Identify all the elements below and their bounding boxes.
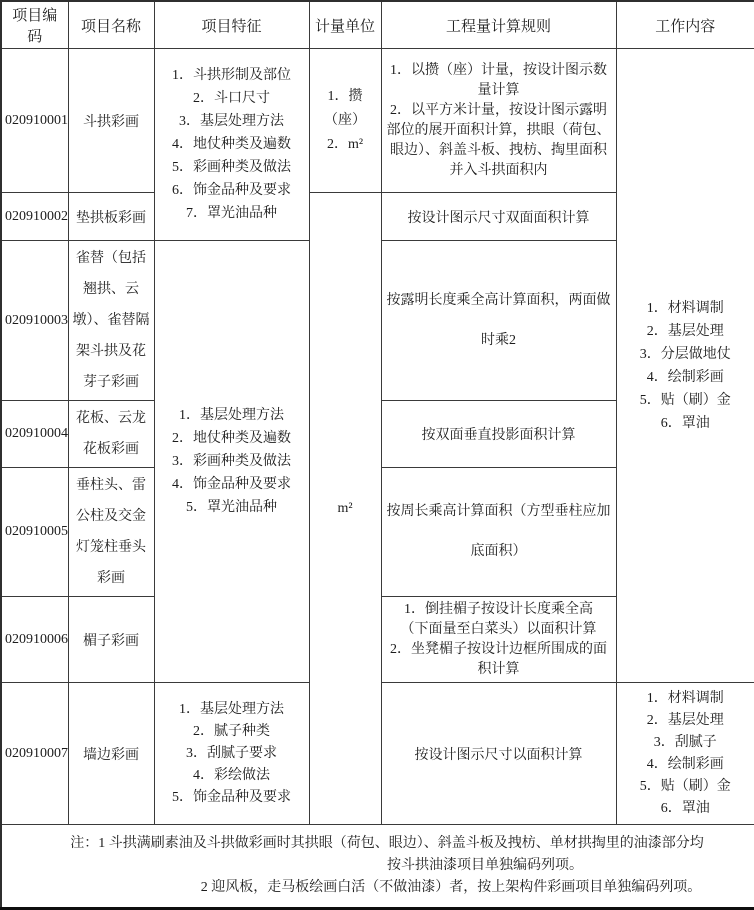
cell-work-group1: 1．材料调制 2．基层处理 3．分层做地仗 4．绘制彩画 5．贴（刷）金 6．罩… [616, 49, 754, 683]
table-row: 020910001 斗拱彩画 1．斗拱形制及部位 2．斗口尺寸 3．基层处理方法… [1, 49, 754, 193]
cell-features-group3: 1．基层处理方法 2．腻子种类 3．刮腻子要求 4．彩绘做法 5．饰金品种及要求 [154, 683, 309, 825]
cell-code-020910004: 020910004 [1, 401, 68, 468]
col-header-work-content: 工作内容 [616, 1, 754, 49]
cell-unit-row1: 1．攒 （座） 2．m² [309, 49, 381, 193]
cell-rule-2: 按设计图示尺寸双面面积计算 [381, 193, 616, 241]
cell-name-qiangbian: 墙边彩画 [68, 683, 154, 825]
col-header-project-name: 项目名称 [68, 1, 154, 49]
cell-code-020910002: 020910002 [1, 193, 68, 241]
cell-name-meizi: 楣子彩画 [68, 597, 154, 683]
cell-code-020910006: 020910006 [1, 597, 68, 683]
cell-rule-3: 按露明长度乘全高计算面积，两面做时乘2 [381, 241, 616, 401]
cell-rule-6: 1．倒挂楣子按设计长度乘全高 （下面量至白菜头）以面积计算 2．坐凳楣子按设计边… [381, 597, 616, 683]
cell-code-020910003: 020910003 [1, 241, 68, 401]
note-line-2: 按斗拱油漆项目单独编码列项。 [5, 855, 751, 877]
notes-row: 注：1 斗拱满刷素油及斗拱做彩画时其拱眼（荷包、眼边）、斜盖斗板及拽枋、单材拱掏… [1, 825, 754, 909]
cell-code-020910001: 020910001 [1, 49, 68, 193]
cell-code-020910005: 020910005 [1, 468, 68, 597]
cell-rule-7: 按设计图示尺寸以面积计算 [381, 683, 616, 825]
cell-name-dougong: 斗拱彩画 [68, 49, 154, 193]
cell-rule-5: 按周长乘高计算面积（方型垂柱应加底面积） [381, 468, 616, 597]
cell-features-group2: 1．基层处理方法 2．地仗种类及遍数 3．彩画种类及做法 4．饰金品种及要求 5… [154, 241, 309, 683]
cell-unit-rows2to7: m² [309, 193, 381, 825]
cell-name-chuizhutou: 垂柱头、雷公柱及交金灯笼柱垂头彩画 [68, 468, 154, 597]
cell-name-diangongban: 垫拱板彩画 [68, 193, 154, 241]
cell-rule-4: 按双面垂直投影面积计算 [381, 401, 616, 468]
col-header-measure-unit: 计量单位 [309, 1, 381, 49]
document-page: 项目编码 项目名称 项目特征 计量单位 工程量计算规则 工作内容 0209100… [0, 0, 754, 878]
cell-name-huaban: 花板、云龙花板彩画 [68, 401, 154, 468]
note-line-3: 2 迎风板，走马板绘画白活（不做油漆）者，按上架构件彩画项目单独编码列项。 [5, 877, 751, 899]
cell-name-queti: 雀替（包括翘拱、云墩）、雀替隔架斗拱及花芽子彩画 [68, 241, 154, 401]
cell-work-group2: 1．材料调制 2．基层处理 3．刮腻子 4．绘制彩画 5．贴（刷）金 6．罩油 [616, 683, 754, 825]
cell-code-020910007: 020910007 [1, 683, 68, 825]
notes-cell: 注：1 斗拱满刷素油及斗拱做彩画时其拱眼（荷包、眼边）、斜盖斗板及拽枋、单材拱掏… [1, 825, 754, 909]
col-header-project-code: 项目编码 [1, 1, 68, 49]
note-line-1: 注：1 斗拱满刷素油及斗拱做彩画时其拱眼（荷包、眼边）、斜盖斗板及拽枋、单材拱掏… [5, 833, 751, 855]
col-header-project-features: 项目特征 [154, 1, 309, 49]
cell-rule-1: 1．以攒（座）计量，按设计图示数量计算 2．以平方米计量，按设计图示露明部位的展… [381, 49, 616, 193]
spec-table: 项目编码 项目名称 项目特征 计量单位 工程量计算规则 工作内容 0209100… [0, 0, 754, 910]
col-header-quantity-rule: 工程量计算规则 [381, 1, 616, 49]
cell-features-group1: 1．斗拱形制及部位 2．斗口尺寸 3．基层处理方法 4．地仗种类及遍数 5．彩画… [154, 49, 309, 241]
